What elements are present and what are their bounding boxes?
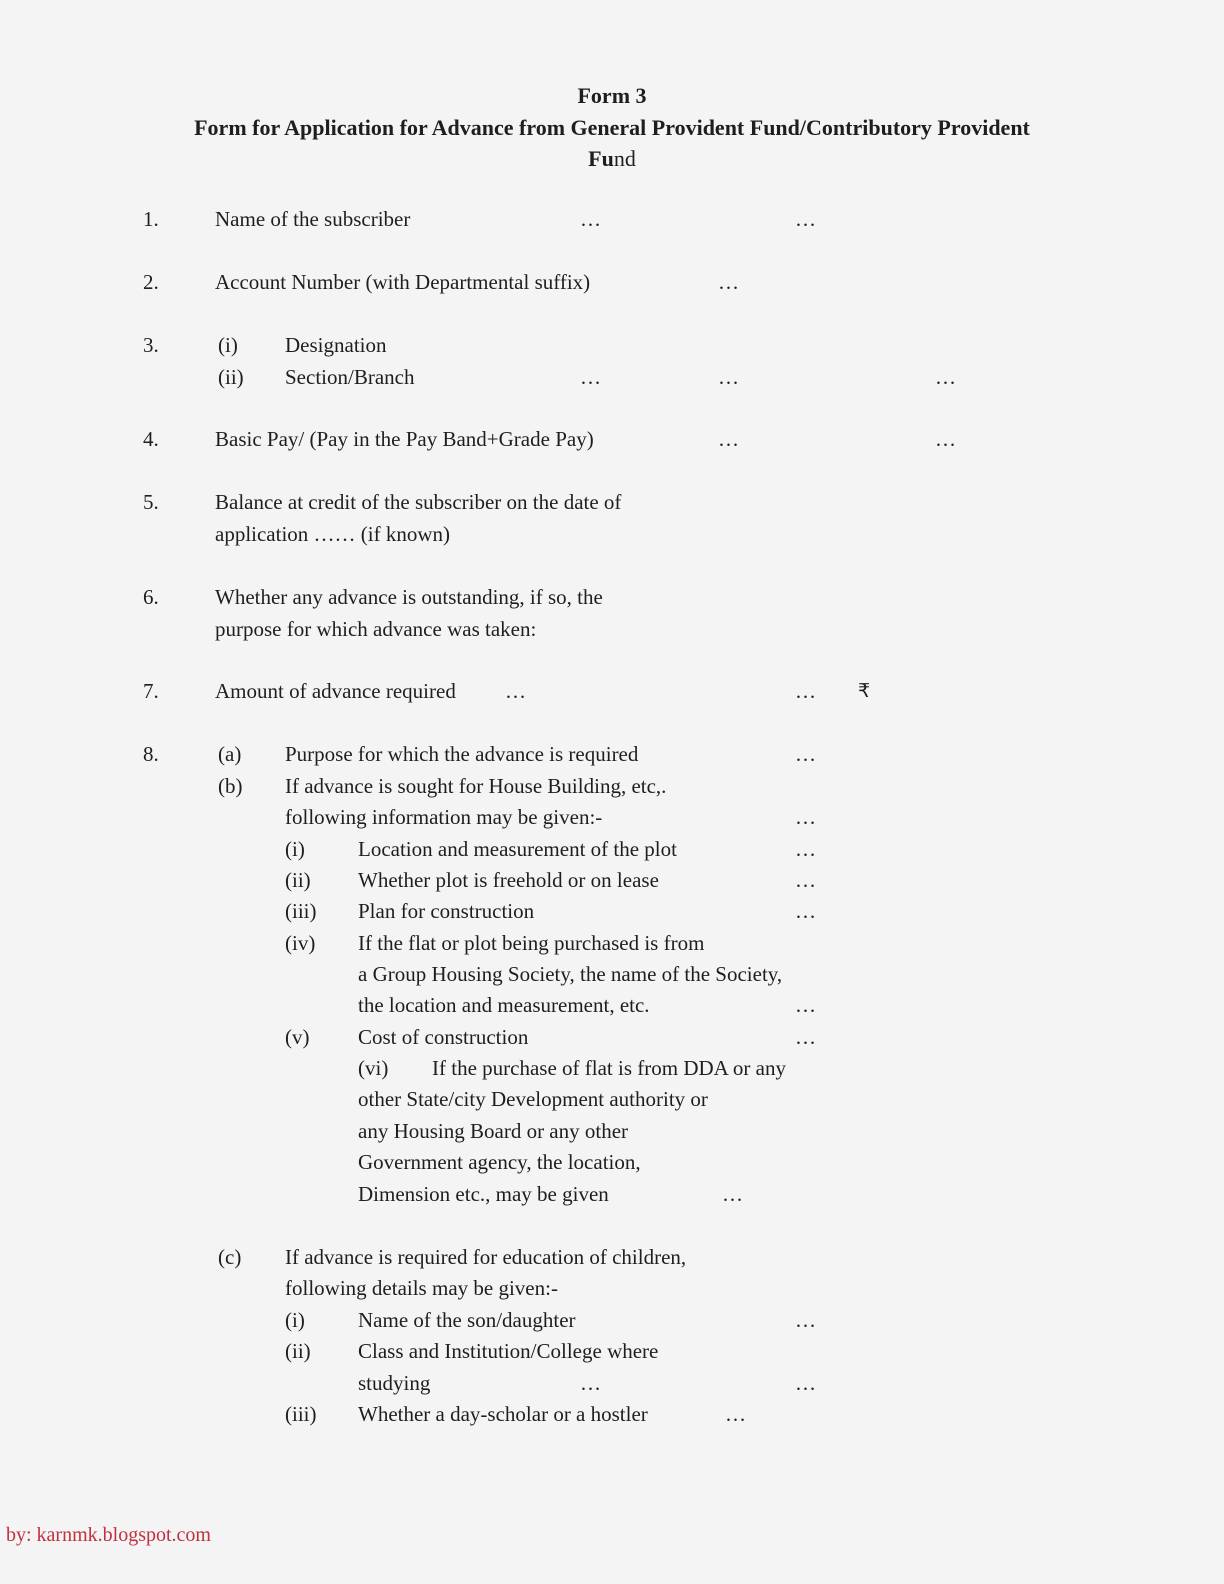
form-item-8b-vi-continued4: Dimension etc., may be given … <box>0 1178 1224 1210</box>
item-3ii-label: Section/Branch <box>285 361 414 393</box>
item-8a-marker: (a) <box>218 738 241 770</box>
item-8c-marker: (c) <box>218 1241 241 1273</box>
item-8b-iv-label-line2: a Group Housing Society, the name of the… <box>358 958 782 990</box>
item-4-label: Basic Pay/ (Pay in the Pay Band+Grade Pa… <box>215 423 594 455</box>
form-item-8c-i: (i) Name of the son/daughter … <box>0 1304 1224 1336</box>
form-item-8b-vi: (vi) If the purchase of flat is from DDA… <box>0 1052 1224 1084</box>
item-2-label: Account Number (with Departmental suffix… <box>215 266 590 298</box>
form-item-7: 7. Amount of advance required … … ₹ <box>0 675 1224 707</box>
item-8b-vi-label-line1: If the purchase of flat is from DDA or a… <box>432 1052 786 1084</box>
form-item-1: 1. Name of the subscriber … … <box>0 203 1224 235</box>
item-8b-label-line1: If advance is sought for House Building,… <box>285 770 666 802</box>
form-title-bold-part: Fu <box>588 146 614 171</box>
item-8c-iii-label: Whether a day-scholar or a hostler <box>358 1398 648 1430</box>
item-3-number: 3. <box>143 329 159 361</box>
item-8b-ii-label: Whether plot is freehold or on lease <box>358 864 659 896</box>
form-item-3i: 3. (i) Designation <box>0 329 1224 361</box>
dot-leader: … <box>718 423 739 455</box>
dot-leader: … <box>935 361 956 393</box>
form-item-4: 4. Basic Pay/ (Pay in the Pay Band+Grade… <box>0 423 1224 455</box>
item-8c-i-label: Name of the son/daughter <box>358 1304 576 1336</box>
form-item-8b-continued: following information may be given:- … <box>0 801 1224 833</box>
form-number-heading: Form 3 <box>0 80 1224 112</box>
form-item-8a: 8. (a) Purpose for which the advance is … <box>0 738 1224 770</box>
form-item-8b-iv: (iv) If the flat or plot being purchased… <box>0 927 1224 959</box>
dot-leader: … <box>795 203 816 235</box>
blog-credit-watermark: by: karnmk.blogspot.com <box>6 1521 211 1549</box>
item-8b-i-marker: (i) <box>285 833 305 865</box>
item-8b-iii-label: Plan for construction <box>358 895 534 927</box>
dot-leader: … <box>795 801 816 833</box>
item-8b-iv-label-line3: the location and measurement, etc. <box>358 989 650 1021</box>
item-8c-ii-label-line2: studying <box>358 1367 430 1399</box>
item-8c-label-line2: following details may be given:- <box>285 1272 558 1304</box>
form-item-3ii: (ii) Section/Branch … … … <box>0 361 1224 393</box>
blog-credit-text: by: karnmk.blogspot.com <box>6 1524 211 1546</box>
item-8b-vi-label-line3: any Housing Board or any other <box>358 1115 628 1147</box>
item-8b-v-label: Cost of construction <box>358 1021 528 1053</box>
item-8b-label-line2: following information may be given:- <box>285 801 602 833</box>
item-8c-label-line1: If advance is required for education of … <box>285 1241 686 1273</box>
item-5-number: 5. <box>143 486 159 518</box>
item-1-label: Name of the subscriber <box>215 203 410 235</box>
item-7-label: Amount of advance required <box>215 675 456 707</box>
item-8c-ii-marker: (ii) <box>285 1335 311 1367</box>
dot-leader: … <box>795 675 816 707</box>
dot-leader: … <box>580 361 601 393</box>
form-item-8b-vi-continued3: Government agency, the location, <box>0 1146 1224 1178</box>
item-8b-iii-marker: (iii) <box>285 895 317 927</box>
form-item-8c-continued: following details may be given:- <box>0 1272 1224 1304</box>
form-item-8b-ii: (ii) Whether plot is freehold or on leas… <box>0 864 1224 896</box>
form-item-5: 5. Balance at credit of the subscriber o… <box>0 486 1224 518</box>
dot-leader: … <box>795 1021 816 1053</box>
item-8b-iv-label-line1: If the flat or plot being purchased is f… <box>358 927 704 959</box>
form-item-8b: (b) If advance is sought for House Build… <box>0 770 1224 802</box>
dot-leader: … <box>580 203 601 235</box>
form-item-8b-vi-continued: other State/city Development authority o… <box>0 1083 1224 1115</box>
item-5-label-line1: Balance at credit of the subscriber on t… <box>215 486 621 518</box>
item-6-label-line1: Whether any advance is outstanding, if s… <box>215 581 603 613</box>
item-8c-i-marker: (i) <box>285 1304 305 1336</box>
item-8a-label: Purpose for which the advance is require… <box>285 738 638 770</box>
form-item-8b-iii: (iii) Plan for construction … <box>0 895 1224 927</box>
dot-leader: … <box>580 1367 601 1399</box>
dot-leader: … <box>795 989 816 1021</box>
item-8c-ii-label-line1: Class and Institution/College where <box>358 1335 658 1367</box>
form-title-line: Form for Application for Advance from Ge… <box>0 112 1224 144</box>
form-title: Form for Application for Advance from Ge… <box>194 115 1030 140</box>
item-3i-marker: (i) <box>218 329 238 361</box>
dot-leader: … <box>722 1178 743 1210</box>
form-item-2: 2. Account Number (with Departmental suf… <box>0 266 1224 298</box>
item-8b-marker: (b) <box>218 770 243 802</box>
item-8b-vi-label-line5: Dimension etc., may be given <box>358 1178 609 1210</box>
item-2-number: 2. <box>143 266 159 298</box>
form-item-8b-iv-continued2: the location and measurement, etc. … <box>0 989 1224 1021</box>
dot-leader: … <box>795 738 816 770</box>
form-item-5-continued: application …… (if known) <box>0 518 1224 550</box>
item-6-number: 6. <box>143 581 159 613</box>
item-5-label-line2: application …… (if known) <box>215 518 450 550</box>
form-item-8c-ii-continued: studying … … <box>0 1367 1224 1399</box>
item-8b-vi-label-line2: other State/city Development authority o… <box>358 1083 708 1115</box>
form-item-8b-vi-continued2: any Housing Board or any other <box>0 1115 1224 1147</box>
item-8b-v-marker: (v) <box>285 1021 310 1053</box>
form-item-8b-v: (v) Cost of construction … <box>0 1021 1224 1053</box>
form-item-6-continued: purpose for which advance was taken: <box>0 613 1224 645</box>
dot-leader: … <box>505 675 526 707</box>
form-title-continuation: Fund <box>0 143 1224 175</box>
form-number: Form 3 <box>577 83 646 108</box>
rupee-symbol: ₹ <box>858 675 870 707</box>
item-8b-i-label: Location and measurement of the plot <box>358 833 677 865</box>
item-3ii-marker: (ii) <box>218 361 244 393</box>
dot-leader: … <box>795 1367 816 1399</box>
dot-leader: … <box>935 423 956 455</box>
form-title-regular-part: nd <box>614 146 636 171</box>
item-8c-iii-marker: (iii) <box>285 1398 317 1430</box>
form-item-8b-iv-continued: a Group Housing Society, the name of the… <box>0 958 1224 990</box>
dot-leader: … <box>795 1304 816 1336</box>
item-1-number: 1. <box>143 203 159 235</box>
form-item-8c-ii: (ii) Class and Institution/College where <box>0 1335 1224 1367</box>
dot-leader: … <box>795 864 816 896</box>
dot-leader: … <box>718 266 739 298</box>
item-7-number: 7. <box>143 675 159 707</box>
item-4-number: 4. <box>143 423 159 455</box>
item-3i-label: Designation <box>285 329 386 361</box>
dot-leader: … <box>718 361 739 393</box>
dot-leader: … <box>795 895 816 927</box>
form-item-8c-iii: (iii) Whether a day-scholar or a hostler… <box>0 1398 1224 1430</box>
item-8-number: 8. <box>143 738 159 770</box>
dot-leader: … <box>725 1398 746 1430</box>
item-8b-iv-marker: (iv) <box>285 927 315 959</box>
dot-leader: … <box>795 833 816 865</box>
item-8b-vi-label-line4: Government agency, the location, <box>358 1146 641 1178</box>
item-8b-ii-marker: (ii) <box>285 864 311 896</box>
scanned-form-page: Form 3 Form for Application for Advance … <box>0 0 1224 1584</box>
form-item-6: 6. Whether any advance is outstanding, i… <box>0 581 1224 613</box>
item-8b-vi-marker: (vi) <box>358 1052 388 1084</box>
form-item-8c: (c) If advance is required for education… <box>0 1241 1224 1273</box>
item-6-label-line2: purpose for which advance was taken: <box>215 613 536 645</box>
form-item-8b-i: (i) Location and measurement of the plot… <box>0 833 1224 865</box>
